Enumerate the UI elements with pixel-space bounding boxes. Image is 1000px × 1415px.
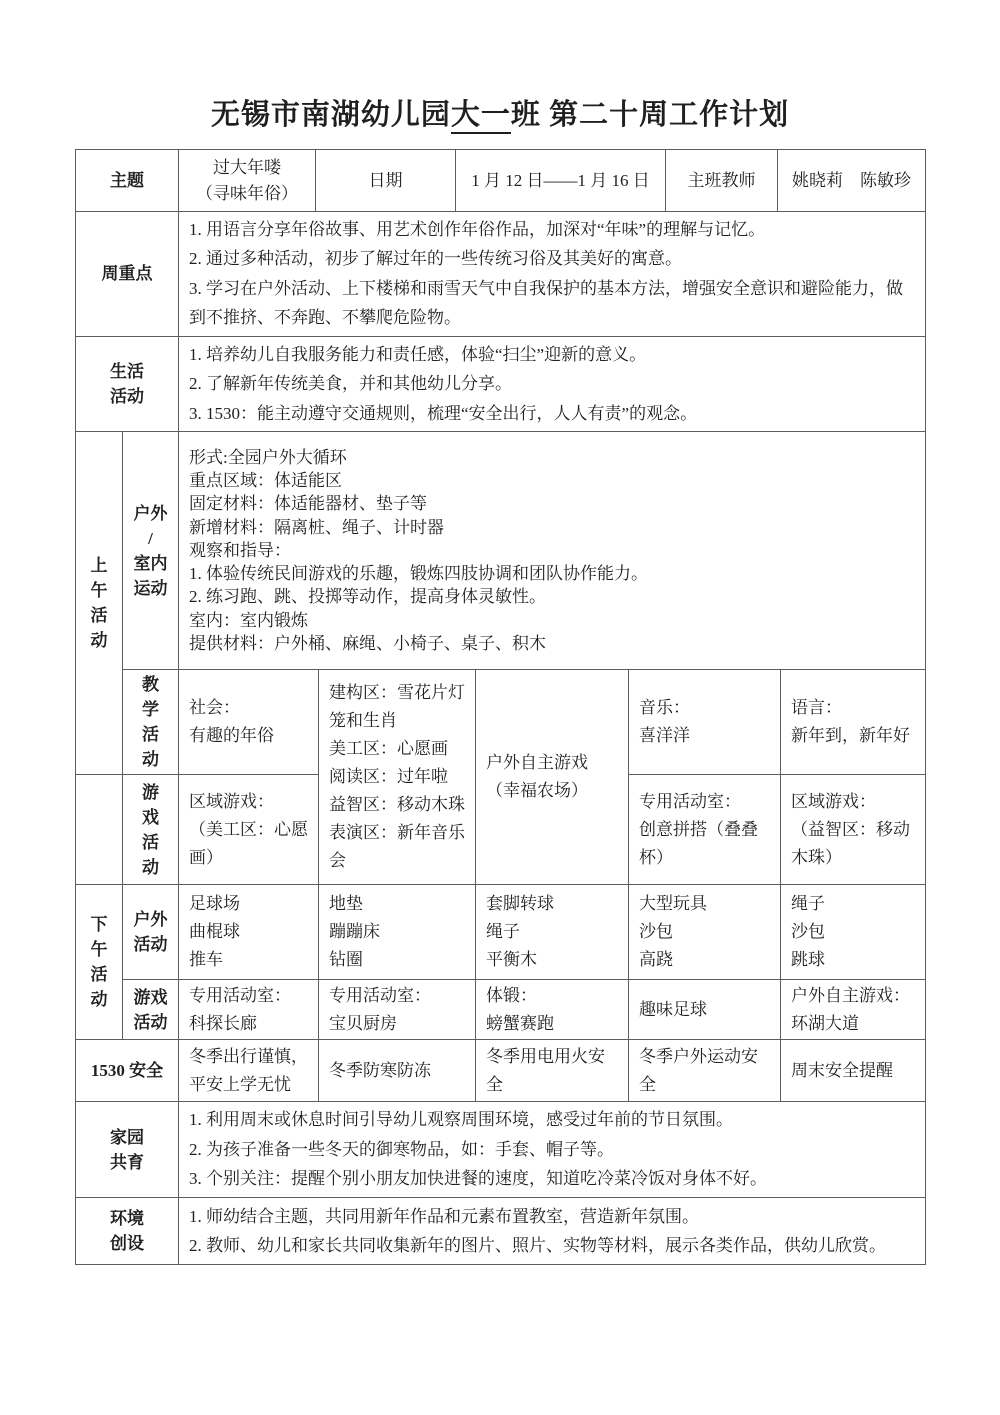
empty-cell	[76, 775, 123, 885]
afternoon-games-cell-3: 体锻： 螃蟹赛跑	[476, 980, 629, 1040]
outdoor-free-play-cell: 户外自主游戏 （幸福农场）	[476, 670, 629, 885]
safety-cell-2: 冬季防寒防冻	[319, 1040, 476, 1102]
afternoon-games-cell-5: 户外自主游戏： 环湖大道	[781, 980, 926, 1040]
teaching-language-cell: 语言： 新年到，新年好	[781, 670, 926, 775]
morning-exercise-row: 上 午 活 动 户外 / 室内 运动 形式:全园户外大循环 重点区域：体适能区 …	[76, 432, 926, 670]
weekly-focus-content: 1. 用语言分享年俗故事、用艺术创作年俗作品，加深对“年味”的理解与记忆。 2.…	[179, 211, 926, 336]
page-title: 无锡市南湖幼儿园大一班 第二十周工作计划	[75, 92, 925, 133]
morning-games-special-room-cell: 专用活动室： 创意拼搭（叠叠杯）	[629, 775, 781, 885]
environment-label: 环境 创设	[76, 1198, 179, 1265]
title-prefix: 无锡市南湖幼儿园	[211, 99, 451, 131]
header-row: 主题 过大年喽 （寻味年俗） 日期 1 月 12 日——1 月 16 日 主班教…	[76, 150, 926, 212]
date-value-cell: 1 月 12 日——1 月 16 日	[456, 150, 666, 212]
home-coop-content: 1. 利用周末或休息时间引导幼儿观察周围环境，感受过年前的节日氛围。 2. 为孩…	[179, 1102, 926, 1198]
afternoon-games-label: 游戏 活动	[123, 980, 179, 1040]
teaching-music-cell: 音乐： 喜洋洋	[629, 670, 781, 775]
afternoon-outdoor-cell-3: 套脚转球 绳子 平衡木	[476, 885, 629, 980]
teaching-social-cell: 社会： 有趣的年俗	[179, 670, 319, 775]
morning-games-label: 游 戏 活 动	[123, 775, 179, 885]
date-label-cell: 日期	[316, 150, 456, 212]
header-table: 主题 过大年喽 （寻味年俗） 日期 1 月 12 日——1 月 16 日 主班教…	[75, 149, 926, 212]
teaching-activity-row: 教 学 活 动 社会： 有趣的年俗 建构区：雪花片灯笼和生肖 美工区：心愿画 阅…	[76, 670, 926, 775]
weekly-focus-label: 周重点	[76, 211, 179, 336]
plan-table: 周重点 1. 用语言分享年俗故事、用艺术创作年俗作品，加深对“年味”的理解与记忆…	[75, 211, 926, 1266]
teacher-label-cell: 主班教师	[666, 150, 778, 212]
afternoon-outdoor-cell-1: 足球场 曲棍球 推车	[179, 885, 319, 980]
afternoon-games-row: 游戏 活动 专用活动室： 科探长廊 专用活动室： 宝贝厨房 体锻： 螃蟹赛跑 趣…	[76, 980, 926, 1040]
environment-row: 环境 创设 1. 师幼结合主题，共同用新年作品和元素布置教室，营造新年氛围。 2…	[76, 1198, 926, 1265]
environment-content: 1. 师幼结合主题，共同用新年作品和元素布置教室，营造新年氛围。 2. 教师、幼…	[179, 1198, 926, 1265]
title-underlined-class: 大一	[451, 99, 511, 134]
afternoon-section-label: 下 午 活 动	[76, 885, 123, 1040]
safety-1530-label: 1530 安全	[76, 1040, 179, 1102]
safety-cell-5: 周末安全提醒	[781, 1040, 926, 1102]
teacher-names-cell: 姚晓莉 陈敏珍	[778, 150, 926, 212]
morning-games-regional2-cell: 区域游戏： （益智区：移动木珠）	[781, 775, 926, 885]
morning-exercise-content: 形式:全园户外大循环 重点区域：体适能区 固定材料：体适能器材、垫子等 新增材料…	[179, 432, 926, 670]
life-activity-content: 1. 培养幼儿自我服务能力和责任感，体验“扫尘”迎新的意义。 2. 了解新年传统…	[179, 336, 926, 432]
theme-value-cell: 过大年喽 （寻味年俗）	[179, 150, 316, 212]
afternoon-outdoor-label: 户外 活动	[123, 885, 179, 980]
safety-cell-1: 冬季出行谨慎，平安上学无忧	[179, 1040, 319, 1102]
safety-cell-4: 冬季户外运动安全	[629, 1040, 781, 1102]
home-coop-label: 家园 共育	[76, 1102, 179, 1198]
weekly-focus-row: 周重点 1. 用语言分享年俗故事、用艺术创作年俗作品，加深对“年味”的理解与记忆…	[76, 211, 926, 336]
afternoon-games-cell-1: 专用活动室： 科探长廊	[179, 980, 319, 1040]
life-activity-label: 生活 活动	[76, 336, 179, 432]
theme-label-cell: 主题	[76, 150, 179, 212]
safety-1530-row: 1530 安全 冬季出行谨慎，平安上学无忧 冬季防寒防冻 冬季用电用火安全 冬季…	[76, 1040, 926, 1102]
afternoon-games-cell-4: 趣味足球	[629, 980, 781, 1040]
afternoon-games-cell-2: 专用活动室： 宝贝厨房	[319, 980, 476, 1040]
morning-exercise-label: 户外 / 室内 运动	[123, 432, 179, 670]
afternoon-outdoor-cell-4: 大型玩具 沙包 高跷	[629, 885, 781, 980]
morning-games-regional-cell: 区域游戏： （美工区：心愿画）	[179, 775, 319, 885]
afternoon-outdoor-row: 下 午 活 动 户外 活动 足球场 曲棍球 推车 地垫 蹦蹦床 钻圈 套脚转球 …	[76, 885, 926, 980]
morning-section-label: 上 午 活 动	[76, 432, 123, 775]
title-suffix: 班 第二十周工作计划	[511, 99, 789, 131]
document-page: 无锡市南湖幼儿园大一班 第二十周工作计划 主题 过大年喽 （寻味年俗） 日期 1…	[0, 0, 1000, 1415]
life-activity-row: 生活 活动 1. 培养幼儿自我服务能力和责任感，体验“扫尘”迎新的意义。 2. …	[76, 336, 926, 432]
safety-cell-3: 冬季用电用火安全	[476, 1040, 629, 1102]
afternoon-outdoor-cell-5: 绳子 沙包 跳球	[781, 885, 926, 980]
teaching-activity-label: 教 学 活 动	[123, 670, 179, 775]
home-coop-row: 家园 共育 1. 利用周末或休息时间引导幼儿观察周围环境，感受过年前的节日氛围。…	[76, 1102, 926, 1198]
teaching-areas-cell: 建构区：雪花片灯笼和生肖 美工区：心愿画 阅读区：过年啦 益智区：移动木珠 表演…	[319, 670, 476, 885]
afternoon-outdoor-cell-2: 地垫 蹦蹦床 钻圈	[319, 885, 476, 980]
